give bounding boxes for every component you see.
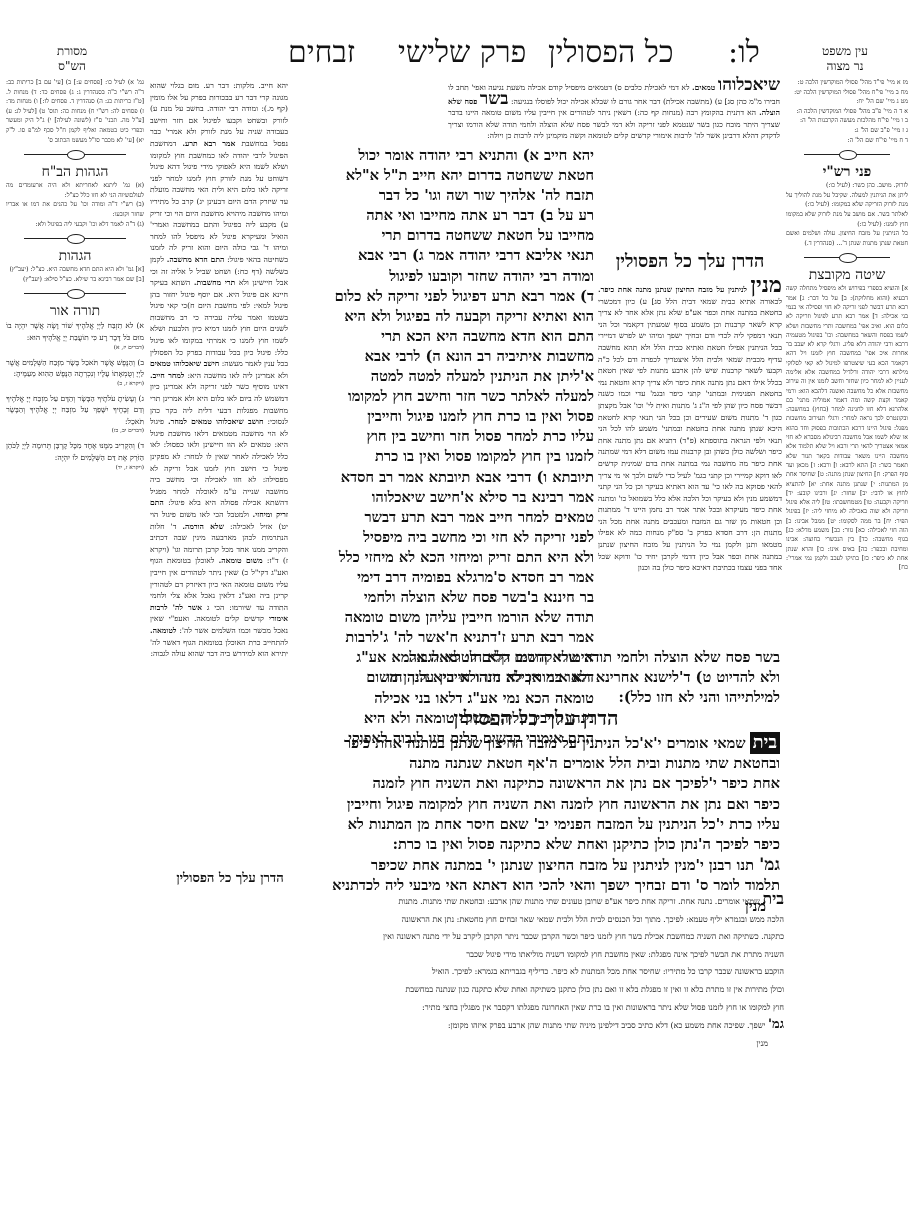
- tosafot-dibbur-hamatchil: שיאכלוהו: [718, 75, 780, 95]
- torah-or-ref: (דברים יז, א): [6, 344, 144, 353]
- torah-or-entry: ב) וְהַנֶּפֶשׁ אֲשֶׁר תֹּאכַל בָּשָׂר מִ…: [6, 357, 144, 389]
- folio-number: לו:: [728, 38, 760, 68]
- hagahot-habach-list: (א) גמ' ליתנא לאחריתא ולא היה ארעומדים מ…: [6, 181, 144, 229]
- rashi-dibbur: משום טומאה.: [219, 556, 263, 565]
- ornament-divider: [804, 149, 890, 159]
- bottom-catchword: מנין: [150, 1035, 784, 1053]
- torah-or-entry: א) לא תִזְבַּח לַיְיָ אֱלֹהֶיךָ שׁוֹר וָ…: [6, 320, 144, 352]
- rashi-dibbur: התם חדא מחשבה.: [167, 255, 225, 264]
- bottom-rashi-line: הוקבע בראשונה שכבר קרבו כל מתיריו: שחיסר…: [150, 963, 784, 981]
- rashi-dibbur: לטומאה.: [150, 626, 176, 635]
- gemara-wide-block: בשר פסח שלא הוצלה ולחמי תודה שלא הורמו ד…: [292, 648, 780, 708]
- hagahot-habach-entry: (ב) רש"י ד"ה ומודה וכו' על כהנים את דמו …: [6, 200, 144, 219]
- rashi-text: יהא חייב. מלקות: דבר רע. מום בגלוי שהוא …: [150, 81, 288, 148]
- hagahot-list: [א] גמ' ולא היא התם חדא מחשבה היא. כצ"ל:…: [6, 265, 144, 284]
- gemara-line: מחייבו על חטאת ששחטה בדרום תרי: [292, 226, 594, 246]
- torah-or-verse: ד) וְהִקְרִיב מִמֶּנּוּ אֶחָד מִכָּל קָר…: [6, 440, 144, 463]
- bottom-rashi-line: וכולן מתירות אין זו מתרת בלא זו ואין זו …: [150, 981, 784, 999]
- mishnah-line: ובחטאת שתי מתנות ובית הלל אומרים ה'אף חט…: [292, 754, 780, 774]
- mishnah-line: אחת כיפר י'לפיכך אם נתן את הראשונה כתיקנ…: [292, 774, 780, 794]
- rashi-dibbur: חישב שיאכלוהו טמאים: [150, 359, 219, 368]
- gemara-line: לזמנו בין חוץ למקומו פסול ואין בו כרת: [292, 447, 594, 467]
- gemara-line: גמ' תנו רבנן י'מנין לניתנין על מזבח החיצ…: [292, 855, 780, 876]
- tosafot-text: הא דתנית בהקומץ רבה (מנחות קף כה:) דשאין…: [448, 108, 780, 140]
- gemara-marker: גמ': [768, 1017, 784, 1032]
- rashi-dibbur: שלא הורמה.: [182, 522, 224, 531]
- bottom-rashi-line: חוץ למקומו או חוץ לזמנו פסול שלא ניתר בר…: [150, 999, 784, 1017]
- hagahot-habach-title: הגהות הב"ח: [6, 163, 144, 181]
- tosafot-dibbur-hamatchil: בשר: [480, 89, 509, 109]
- rashi-dibbur: חושב שיאכלוהו טמאים למחר.: [168, 417, 264, 426]
- torah-or-ref: (דברים יב, כז): [6, 427, 144, 436]
- ornament-divider: [24, 233, 126, 243]
- gemara-line: הוא ואתיא זריקה וקבעה לה בפיגול ולא היא: [292, 307, 594, 327]
- gemara-line: תיובתא ו) דרבי אבא תיובתא אמר רב חסדא: [292, 468, 594, 488]
- tosafot-top: שיאכלוהו טמאים. לא דמי לאכילת כלבים ס) ד…: [448, 80, 780, 142]
- gemara-line: פסול ואין בו כרת חוץ לזמנו פיגול וחייבין: [292, 407, 594, 427]
- bottom-rashi-lead: בית: [762, 889, 784, 908]
- bottom-rashi-line: הלכה ממש ובגמרא יליף טעמא: לפיכך. מתוך ו…: [150, 911, 784, 929]
- mishnah-line: כיפר לפיכך ה'נתן כולן כתיקנן ואחת שלא כת…: [292, 835, 780, 855]
- pnei-rashi-title: פני רש"י: [786, 163, 908, 181]
- rashi-text: דמחשבת הפיגול לרבי יהודה לאו כמחשבת חוץ …: [150, 139, 288, 264]
- torah-or-verse: א) לא תִזְבַּח לַיְיָ אֱלֹהֶיךָ שׁוֹר וָ…: [6, 320, 144, 343]
- gemara-line: למעלה לאלתר כשר חזר וחישב חוץ למקומו: [292, 387, 594, 407]
- torah-or-list: א) לא תִזְבַּח לַיְיָ אֱלֹהֶיךָ שׁוֹר וָ…: [6, 320, 144, 472]
- torah-or-entry: ד) וְהִקְרִיב מִמֶּנּוּ אֶחָד מִכָּל קָר…: [6, 440, 144, 472]
- rashi-text: להתחייב כרת האוכלן בטומאת הגוף דאשר לה' …: [150, 638, 288, 659]
- hagahot-title: הגהות: [6, 247, 144, 265]
- gemara-line: רע על ב) דבר רע אתה מחייבו ואי אתה: [292, 206, 594, 226]
- hagahot-habach-entry: (א) גמ' ליתנא לאחריתא ולא היה ארעומדים מ…: [6, 181, 144, 200]
- tosafot-dibbur-rest: לניתנין על מזבח החיצון שנתנן מתנה אחת כי…: [598, 285, 747, 294]
- ornament-divider: [24, 288, 126, 298]
- ein-mishpat-entry: ג ז מיי' פ"ב שם הל' ג:: [786, 126, 908, 136]
- rashi-column: יהא חייב. מלקות: דבר רע. מום בגלוי שהוא …: [150, 80, 288, 850]
- hagahot-entry: [ב] שם אמר רבינא בר שילא. כצ"ל סילא: (יע…: [6, 275, 144, 285]
- ornament-divider: [24, 149, 126, 159]
- rashi-dibbur: תרי מחשבות.: [194, 278, 235, 287]
- pnei-rashi-entry: ליתן את הניתנין למעלה. שקיבל על מנת להול…: [786, 191, 908, 210]
- gemara-marker: גמ': [759, 855, 780, 875]
- ein-mishpat-title-line1: עין משפט: [790, 44, 900, 59]
- tractate-name: זבחים: [288, 38, 355, 68]
- masoret-hashas-title: מסורת הש"ס: [22, 44, 122, 74]
- ein-mishpat-entry: ד ח מיי' פי"ח שם הל' ה:: [786, 136, 908, 146]
- right-margin: מז א מיי' פי"ד מהל' פסולי המוקדשין הלכה …: [786, 78, 908, 573]
- rashi-dibbur: אמר רבא תרע.: [182, 139, 235, 148]
- hagahot-habach-entry: (ג) ד"ה לאמר דלא וכו' וקבעי ליה בפיגול ו…: [6, 220, 144, 230]
- gemara-line: ומודה רבי יהודה שחזר וקובעו לפיגול: [292, 267, 594, 287]
- bottom-rashi-line: כתקנה. כשתיקה ואת השניה כמחשבת אכילת בשר…: [150, 928, 784, 946]
- gemara-line: תודה שלא הורמו חייבין עליהן משום טומאה: [292, 608, 594, 628]
- ein-mishpat-title-line2: נר מצוה: [790, 59, 900, 74]
- masoret-title-line2: הש"ס: [22, 59, 122, 74]
- gemara-line: טמאים למחר חייב אמר רבא תרע דבשר: [292, 508, 594, 528]
- ein-mishpat-entry: מח ב מיי' פי"ח מהל' פסולי המוקדשין הלכה …: [786, 88, 908, 98]
- tosafot-minayin: מנין לניתנין על מזבח החיצון שנתנן מתנה א…: [598, 280, 782, 665]
- tosafot-dibbur-rest: טמאים.: [692, 83, 715, 92]
- gemara-line: בר חיננא ב'בשר פסח שלא הוצלה ולחמי: [292, 588, 594, 608]
- ein-mishpat-entry: מז א מיי' פי"ד מהל' פסולי המוקדשין הלכה …: [786, 78, 908, 88]
- rashi-text: ולא אמרינן ליה לאו מחשבה היא:: [187, 371, 288, 380]
- bottom-rashi-line: השניה מתרת את הבשר לפיכך אינה מפגלת: שאי…: [150, 946, 784, 964]
- left-margin: גמ' א) לעיל כו: [פסחים ע:] ב) [עי' עם ב]…: [6, 78, 144, 477]
- shita-mekubetzet-title: שיטה מקובצת: [786, 266, 908, 284]
- gemara-line: חטאת ששחטה בדרום יהא חייב ת"ל א"לא: [292, 166, 594, 186]
- gemara-line: מחשבות איתיביה רב הונא ה) לרבי אבא: [292, 347, 594, 367]
- gemara-line: לפני זריקה לא חזי וכי מחשב ביה מיפסיל: [292, 528, 594, 548]
- gemara-line: תזבח לה' אלהיך שור ושה וגו' כל דבר: [292, 186, 594, 206]
- chapter-number: פרק שלישי: [398, 38, 526, 68]
- gemara-line: התם הוא חדא מחשבה היא הכא תרי: [292, 327, 594, 347]
- bottom-rashi-line: גמ' ישפך. שפיכה אחת משמע כא) דלא כתיב סב…: [150, 1016, 784, 1035]
- gemara-line: יהא חייב א) והתניא רבי יהודה אומר יכול: [292, 146, 594, 166]
- ein-mishpat-entry: ב ו מיי' פי"ח מהלכות מעשה הקרבנות הל' ה:: [786, 116, 908, 126]
- gemara-line: בשר פסח שלא הוצלה ולחמי תודה שלא הורמו ד…: [292, 648, 780, 668]
- gemara-line: תנאי אליבא דרבי יהודה אמר ג) רבי אבא: [292, 246, 594, 266]
- hadran-heading: הדרן עלך כל הפסולין: [292, 706, 780, 730]
- torah-or-ref: (ויקרא ז, יד): [6, 464, 144, 473]
- gemara-line: ד) אמר רבא תרע דפיגול לפני זריקה לא כלום: [292, 287, 594, 307]
- gemara-line: ולא היא התם זריק ומיחזי הכא לא מיחזי כלל: [292, 548, 594, 568]
- gemara-line: א'ליתן את הניתנין למעלה למטה למטה: [292, 367, 594, 387]
- torah-or-title: תורה אור: [6, 302, 144, 320]
- ein-mishpat-title: עין משפט נר מצוה: [790, 44, 900, 74]
- rashi-text: השתא בעיקר חיינא אם פיגול היא. אם יוסף פ…: [150, 278, 288, 368]
- mishnah-text: שמאי אומרים י'א'כל הניתנין על מזבח החיצו…: [344, 735, 746, 752]
- gemara-text: תנו רבנן י'מנין לניתנין על מזבח החיצון ש…: [371, 857, 754, 874]
- pnei-rashi-list: לזרוק. מושב. כהן כשר: (לעיל כו:) ליתן את…: [786, 181, 908, 248]
- ein-mishpat-entry: מט ג מיי' שם הל' יח:: [786, 97, 908, 107]
- rashi-dibbur: למחר חייב.: [150, 371, 184, 380]
- gemara-line: אמר רב חסדא ס'מרגלא בפומיה דרב דימי: [292, 568, 594, 588]
- pnei-rashi-entry: לאלתר בשר. אם מושב על מנת לזרוק שלא במקו…: [786, 210, 908, 229]
- chapter-name: כל הפסולין: [548, 38, 674, 68]
- hagahot-entry: [א] גמ' ולא היא התם חדא מחשבה היא. כצ"ל:…: [6, 265, 144, 275]
- mishnah-line: ביתשמאי אומרים י'א'כל הניתנין על מזבח הח…: [292, 732, 780, 754]
- bottom-rashi-text: ישפך. שפיכה אחת משמע כא) דלא כתיב סביב ד…: [448, 1021, 766, 1030]
- torah-or-entry: ג) וְעָשִׂיתָ עֹלֹתֶיךָ הַבָּשָׂר וְהַדָ…: [6, 393, 144, 437]
- bottom-rashi-line: בית שמאי אומרים. נתנה אחת. זריקה אחת כיפ…: [150, 890, 784, 911]
- mishnah-line: כיפר ואם נתן את הראשונה חוץ לזמנה ואת הש…: [292, 795, 780, 815]
- ornament-divider: [804, 252, 890, 262]
- ein-mishpat-entry: א ד ה מיי' פ"ב מהל' פסולי המוקדשין הלכה …: [786, 107, 908, 117]
- shita-mekubetzet-text: א] והוציא בספרי בפירוש ולא מיפסיל מתחלה …: [786, 284, 908, 572]
- gemara-line: עליו כרת למחר פסול חזר וחישב בין חוץ: [292, 427, 594, 447]
- ein-mishpat-list: מז א מיי' פי"ד מהל' פסולי המוקדשין הלכה …: [786, 78, 908, 145]
- masoret-title-line1: מסורת: [22, 44, 122, 59]
- rashi-hadran-heading: הדרן עלך כל הפסולין: [150, 870, 310, 888]
- bottom-rashi: בית שמאי אומרים. נתנה אחת. זריקה אחת כיפ…: [150, 890, 784, 1052]
- torah-or-verse: ג) וְעָשִׂיתָ עֹלֹתֶיךָ הַבָּשָׂר וְהַדָ…: [6, 393, 144, 428]
- torah-or-verse: ב) וְהַנֶּפֶשׁ אֲשֶׁר תֹּאכַל בָּשָׂר מִ…: [6, 357, 144, 380]
- torah-or-ref: (ויקרא ז, כ): [6, 380, 144, 389]
- tosafot-text: לכאורה אתיא כבית שמאי דבית הלל סג] ע) כי…: [598, 297, 782, 573]
- pnei-rashi-entry: לזרוק. מושב. כהן כשר: (לעיל כו:): [786, 181, 908, 191]
- mishnah-line: עליו כרת י'כל הניתנין על המזבח הפנימי יב…: [292, 815, 780, 835]
- gemara-line: ולא להדיוט ט) ד'לישנא אחרינא הא אימורין …: [292, 668, 780, 688]
- pnei-rashi-entry: כל הניתנין על מזבח החיצון. עולה ושלמים ו…: [786, 229, 908, 248]
- gemara-line: אמר רבא תרע ז'דתניא ח'אשר לה' ג'לרבות: [292, 628, 594, 648]
- gemara-line: אמר רבינא בר סילא א'חישב שיאכלוהו: [292, 488, 594, 508]
- tosafot-dibbur-hamatchil: מנין: [750, 280, 782, 298]
- tosafot-hadran-heading: הדרן עלך כל הפסולין: [598, 250, 782, 274]
- masoret-hashas-text: גמ' א) לעיל כו: [פסחים ע:] ב) [עי' עם ב]…: [6, 78, 144, 145]
- mishnah-opening-word: בית: [750, 732, 780, 754]
- bottom-rashi-text: שמאי אומרים. נתנה אחת. זריקה אחת כיפר אע…: [398, 897, 759, 906]
